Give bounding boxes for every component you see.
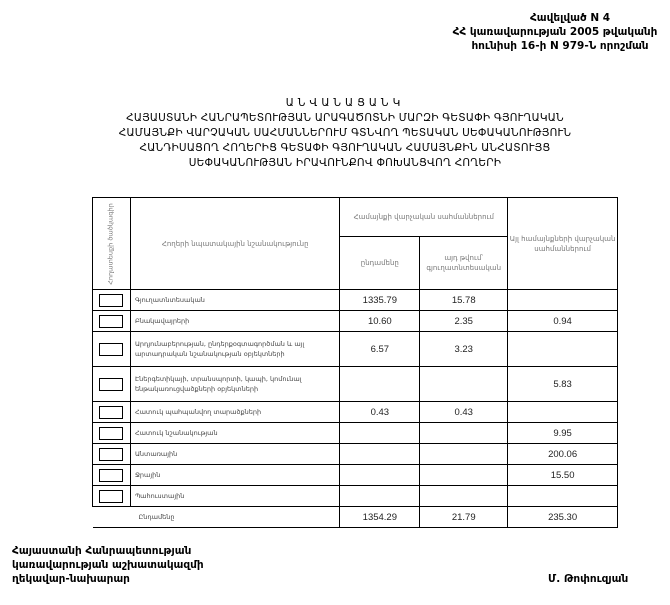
area-other: 0.94 (508, 311, 618, 332)
land-type: Էներգետիկայի, տրանսպորտի, կապի, կոմունալ… (130, 367, 339, 402)
code-cell (93, 402, 131, 423)
area-agricultural: 15.78 (420, 290, 508, 311)
signatory-position: Հայաստանի Հանրապետության կառավարության ա… (12, 544, 204, 586)
area-other: 9.95 (508, 423, 618, 444)
area-total: 10.60 (340, 311, 420, 332)
land-type: Հատուկ պահպանվող տարածքների (130, 402, 339, 423)
code-cell (93, 465, 131, 486)
area-agricultural (420, 444, 508, 465)
code-cell (93, 290, 131, 311)
title-main: ԱՆՎԱՆԱՑԱՆԿ (80, 96, 610, 111)
total-row: Ընդամենը1354.2921.79235.30 (93, 507, 618, 528)
area-total (340, 367, 420, 402)
total-other: 235.30 (508, 507, 618, 528)
table-row: Պահուստային (93, 486, 618, 507)
position-line: կառավարության աշխատակազմի (12, 558, 204, 572)
header-other: Այլ համայնքների վարչական սահմաններում (508, 198, 618, 290)
land-type: Արդյունաբերության, ընդերքօգտագործման և ա… (130, 332, 339, 367)
signatory-name: Մ. Թոփուզյան (548, 573, 628, 585)
area-total (340, 486, 420, 507)
table-row: Արդյունաբերության, ընդերքօգտագործման և ա… (93, 332, 618, 367)
title-line: ՍԵՓԱԿԱՆՈՒԹՅԱՆ ԻՐԱՎՈՒՆՔՈՎ ՓՈԽԱՆՑՎՈՂ ՀՈՂԵՐ… (80, 156, 610, 171)
total-area: 1354.29 (340, 507, 420, 528)
code-cell (93, 423, 131, 444)
area-agricultural (420, 465, 508, 486)
area-agricultural: 2.35 (420, 311, 508, 332)
code-cell (93, 311, 131, 332)
area-total (340, 444, 420, 465)
table-row: Հատուկ պահպանվող տարածքների0.430.43 (93, 402, 618, 423)
table-row: Գյուղատնտեսական1335.7915.78 (93, 290, 618, 311)
area-total: 0.43 (340, 402, 420, 423)
title-line: ՀԱՄԱՅՆՔԻ ՎԱՐՉԱԿԱՆ ՍԱՀՄԱՆՆԵՐՈՒՄ ԳՏՆՎՈՂ ՊԵ… (80, 126, 610, 141)
code-cell (93, 367, 131, 402)
area-other (508, 290, 618, 311)
land-type: Բնակավայրերի (130, 311, 339, 332)
code-cell (93, 332, 131, 367)
header-name: Հողերի նպատակային նշանակությունը (130, 198, 339, 290)
position-line: Հայաստանի Հանրապետության (12, 544, 204, 558)
code-box (99, 490, 123, 503)
table-row: Բնակավայրերի10.602.350.94 (93, 311, 618, 332)
code-box (99, 427, 123, 440)
area-total (340, 423, 420, 444)
area-other: 5.83 (508, 367, 618, 402)
area-total (340, 465, 420, 486)
annex-decree-date: հունիսի 16-ի N 979-Ն որոշման (440, 39, 670, 53)
area-agricultural: 0.43 (420, 402, 508, 423)
code-box (99, 406, 123, 419)
area-total: 1335.79 (340, 290, 420, 311)
area-other: 200.06 (508, 444, 618, 465)
area-agricultural (420, 367, 508, 402)
land-type: Ջրային (130, 465, 339, 486)
table-row: Էներգետիկայի, տրանսպորտի, կապի, կոմունալ… (93, 367, 618, 402)
code-cell (93, 507, 131, 528)
code-box (99, 343, 123, 356)
code-box (99, 448, 123, 461)
area-agricultural: 3.23 (420, 332, 508, 367)
table-row: Հատուկ նշանակության9.95 (93, 423, 618, 444)
annex-number: Հավելված N 4 (440, 11, 670, 25)
header-sub-agri: այդ թվում՝ գյուղատնտեսական (420, 237, 508, 290)
document-title: ԱՆՎԱՆԱՑԱՆԿ ՀԱՅԱՍՏԱՆԻ ՀԱՆՐԱՊԵՏՈՒԹՅԱՆ ԱՐԱԳ… (80, 96, 610, 171)
code-box (99, 378, 123, 391)
table-row: Անտառային200.06 (93, 444, 618, 465)
header-sub-total: ընդամենը (340, 237, 420, 290)
land-type: Պահուստային (130, 486, 339, 507)
area-other (508, 332, 618, 367)
land-type: Հատուկ նշանակության (130, 423, 339, 444)
annex-decree: ՀՀ կառավարության 2005 թվականի (440, 25, 670, 39)
table-row: Ջրային15.50 (93, 465, 618, 486)
total-agricultural: 21.79 (420, 507, 508, 528)
area-other (508, 486, 618, 507)
title-line: ՀԱՅԱՍՏԱՆԻ ՀԱՆՐԱՊԵՏՈՒԹՅԱՆ ԱՐԱԳԱԾՈՏՆԻ ՄԱՐԶ… (80, 111, 610, 126)
title-line: ՀԱՆԴԻՍԱՑՈՂ ՀՈՂԵՐԻՑ ԳԵՏԱՓԻ ԳՅՈՒՂԱԿԱՆ ՀԱՄԱ… (80, 141, 610, 156)
code-box (99, 469, 123, 482)
code-box (99, 294, 123, 307)
header-code: Հողատեսքի ծածկագիր (93, 198, 131, 290)
land-table: Հողատեսքի ծածկագիր Հողերի նպատակային նշա… (92, 197, 618, 528)
area-other (508, 402, 618, 423)
land-type: Անտառային (130, 444, 339, 465)
code-cell (93, 444, 131, 465)
area-agricultural (420, 423, 508, 444)
area-other: 15.50 (508, 465, 618, 486)
code-cell (93, 486, 131, 507)
area-total: 6.57 (340, 332, 420, 367)
position-line: ղեկավար-նախարար (12, 572, 204, 586)
code-box (99, 315, 123, 328)
header-group: Համայնքի վարչական սահմաններում (340, 198, 508, 237)
land-type: Գյուղատնտեսական (130, 290, 339, 311)
area-agricultural (420, 486, 508, 507)
total-label: Ընդամենը (130, 507, 339, 528)
annex-reference: Հավելված N 4 ՀՀ կառավարության 2005 թվակա… (440, 11, 670, 53)
